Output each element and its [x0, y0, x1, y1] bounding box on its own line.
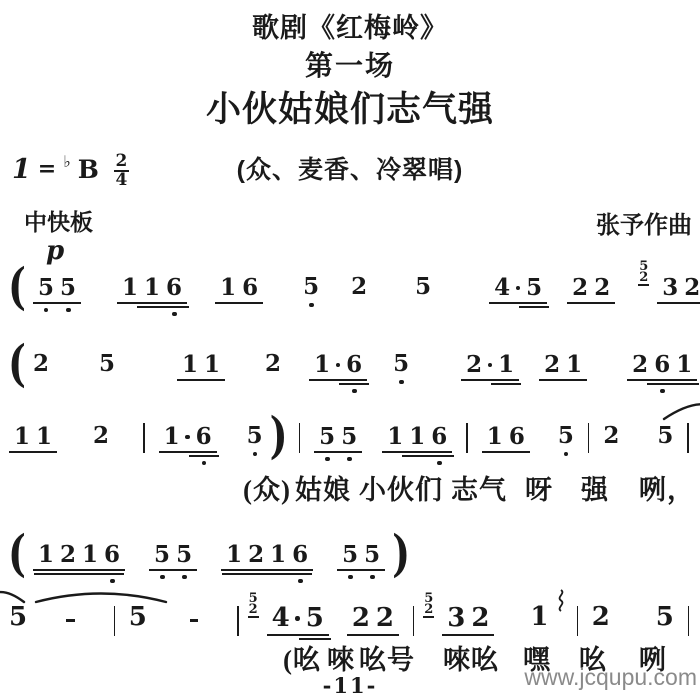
beam-group: 16 [215, 276, 263, 304]
note: 5 [654, 604, 676, 630]
score-line-1: (5511616525452252321 [6, 258, 698, 304]
beam-group: 1216 [33, 543, 125, 571]
note: 2 [91, 424, 111, 447]
octave-dot-low [352, 389, 357, 394]
octave-dot-low [44, 308, 49, 313]
lyrics-line-1: (众)姑娘小伙们志气呀强咧， [243, 468, 695, 507]
notation-paren: ( [8, 534, 26, 573]
note: 5 [391, 352, 411, 375]
octave-dot-low [437, 461, 442, 466]
note: 1 [163, 425, 181, 448]
note: 5 [305, 605, 325, 631]
beam-group: 22 [567, 276, 615, 304]
scene-title: 第一场 [0, 44, 700, 84]
note: 1 [269, 543, 287, 566]
octave-dot-low [309, 303, 314, 308]
note: 6 [241, 276, 259, 299]
octave-dot-low [182, 575, 187, 580]
note: 6 [195, 425, 213, 448]
notation-paren: ) [392, 534, 410, 573]
note: 2 [571, 276, 589, 299]
lyric-word: 咧， [639, 468, 695, 507]
note: 2 [631, 353, 649, 376]
note: 5 [301, 275, 321, 298]
score-line-3: 112165)5511616525 [4, 407, 698, 453]
note: 2 [263, 352, 283, 375]
note: 5 [413, 275, 433, 298]
barline [577, 606, 578, 636]
note: 2 [351, 605, 371, 631]
octave-dot-low [660, 389, 665, 394]
note: 5 [340, 425, 358, 448]
beam-group: 32 [442, 605, 494, 636]
grace-note: 52 [248, 593, 259, 618]
note: 5 [341, 543, 359, 566]
note: 1 [219, 276, 237, 299]
notation-paren: ( [8, 344, 26, 383]
duration-dash [190, 619, 199, 622]
note: 6 [508, 425, 526, 448]
note: 5 [556, 424, 576, 447]
note: 1 [81, 543, 99, 566]
note: 6 [165, 276, 183, 299]
beam-group: 261 [627, 353, 697, 381]
note: 3 [661, 276, 679, 299]
note: 5 [175, 543, 193, 566]
tempo-marking: 中快板 [24, 204, 93, 237]
note: 5 [7, 604, 29, 630]
note: 5 [37, 276, 55, 299]
beam-group: 16 [482, 425, 530, 453]
note: 6 [653, 353, 671, 376]
note: 1 [386, 425, 404, 448]
beam-group: 1216 [221, 543, 313, 571]
score-line-4-accompaniment: (121655121655) [6, 525, 286, 571]
note: 1 [13, 425, 31, 448]
note: 2 [349, 275, 369, 298]
octave-dot-low [160, 575, 165, 580]
barline [143, 423, 145, 453]
octave-dot-low [110, 579, 115, 584]
note: 1 [313, 353, 331, 376]
note: 1 [497, 353, 515, 376]
octave-dot-low [564, 452, 569, 457]
score-line-5: 555245225232125 [4, 590, 698, 636]
barline [413, 606, 414, 636]
augmentation-dot [295, 616, 300, 621]
opera-title: 歌剧《红梅岭》 [0, 6, 700, 45]
barline [588, 423, 590, 453]
beam-group: 16 [159, 425, 217, 453]
barline [687, 423, 689, 453]
notation-paren: ( [8, 267, 26, 306]
octave-dot-low [325, 457, 330, 462]
augmentation-dot [336, 363, 341, 368]
barline [299, 423, 301, 453]
octave-dot-low [253, 452, 258, 457]
note: 6 [291, 543, 309, 566]
note: 2 [375, 605, 395, 631]
beam-group: 55 [337, 543, 385, 571]
note: 5 [245, 424, 265, 447]
octave-dot-low [348, 575, 353, 580]
note: 2 [590, 604, 612, 630]
note: 5 [525, 276, 543, 299]
octave-dot-low [347, 457, 352, 462]
beam-group: 116 [382, 425, 452, 453]
note: 6 [430, 425, 448, 448]
note: 2 [601, 424, 621, 447]
composer-credit: 张予作曲 [596, 205, 692, 240]
note: 1 [37, 543, 55, 566]
grace-note: 52 [423, 593, 434, 618]
augmentation-dot [488, 363, 493, 368]
note: 2 [470, 605, 490, 631]
lyric-word: 呀 [525, 468, 553, 507]
barline [466, 423, 468, 453]
note: 1 [565, 353, 583, 376]
lyric-word: 姑娘 [295, 468, 351, 507]
octave-dot-low [399, 380, 404, 385]
beam-group: 32 [657, 276, 700, 304]
lyric-word: 唻 [327, 638, 355, 677]
song-title: 小伙姑娘们志气强 [0, 82, 700, 132]
note: 2 [247, 543, 265, 566]
note: 1 [121, 276, 139, 299]
note: 1 [203, 353, 221, 376]
note: 1 [528, 604, 550, 630]
lyric-word: 志气 [451, 468, 507, 507]
note: 4 [271, 605, 291, 631]
grace-note-lower: 2 [638, 272, 649, 286]
note: 5 [59, 276, 77, 299]
beam-group: 55 [314, 425, 362, 453]
sheet-music-page: 歌剧《红梅岭》 第一场 小伙姑娘们志气强 1 = ♭ B 2 4 (众、麦香、冷… [0, 0, 700, 700]
duration-dash [66, 619, 75, 622]
beam-group: 11 [177, 353, 225, 381]
note: 5 [655, 424, 675, 447]
note: 1 [225, 543, 243, 566]
lyric-word: (吆 [283, 638, 321, 677]
note: 1 [181, 353, 199, 376]
note: 2 [593, 276, 611, 299]
note: 6 [345, 353, 363, 376]
note: 1 [143, 276, 161, 299]
lyric-word: 吆号 [359, 638, 415, 677]
beam-group: 16 [309, 353, 367, 381]
grace-note-lower: 2 [248, 604, 259, 618]
note: 6 [103, 543, 121, 566]
beam-group: 22 [347, 605, 399, 636]
beam-group: 21 [461, 353, 519, 381]
lyric-word: 强 [581, 468, 609, 507]
note: 1 [35, 425, 53, 448]
beam-group: 45 [489, 276, 547, 304]
note: 5 [363, 543, 381, 566]
lyric-word: (众) [243, 468, 291, 507]
note: 3 [446, 605, 466, 631]
note: 1 [408, 425, 426, 448]
note: 2 [59, 543, 77, 566]
barline [688, 606, 689, 636]
augmentation-dot [185, 435, 190, 440]
note: 5 [97, 352, 117, 375]
barline [114, 606, 115, 636]
beam-group: 55 [33, 276, 81, 304]
lyric-word: 小伙们 [359, 468, 443, 507]
lyric-word: 唻吆 [443, 638, 499, 677]
grace-note-lower: 2 [423, 604, 434, 618]
augmentation-dot [516, 286, 521, 291]
note: 5 [153, 543, 171, 566]
barline [237, 606, 238, 636]
octave-dot-low [298, 579, 303, 584]
note: 1 [486, 425, 504, 448]
note: 1 [675, 353, 693, 376]
score-line-2: (2511216521212615 [6, 335, 698, 381]
beam-group: 21 [539, 353, 587, 381]
watermark: www.jcqupu.com [524, 664, 697, 691]
octave-dot-low [66, 308, 71, 313]
notation-paren: ) [270, 416, 288, 455]
beam-group: 45 [267, 605, 329, 636]
note: 2 [683, 276, 700, 299]
grace-note: 52 [638, 261, 649, 286]
octave-dot-low [202, 461, 207, 466]
note: 2 [465, 353, 483, 376]
beam-group: 116 [117, 276, 187, 304]
ornament-wavy-line-icon [556, 589, 566, 620]
octave-dot-low [370, 575, 375, 580]
beam-group: 11 [9, 425, 57, 453]
note: 5 [318, 425, 336, 448]
note: 4 [493, 276, 511, 299]
beam-group: 55 [149, 543, 197, 571]
octave-dot-low [172, 312, 177, 317]
note: 5 [127, 604, 149, 630]
singers-credit: (众、麦香、冷翠唱) [0, 150, 700, 186]
note: 2 [31, 352, 51, 375]
note: 2 [543, 353, 561, 376]
